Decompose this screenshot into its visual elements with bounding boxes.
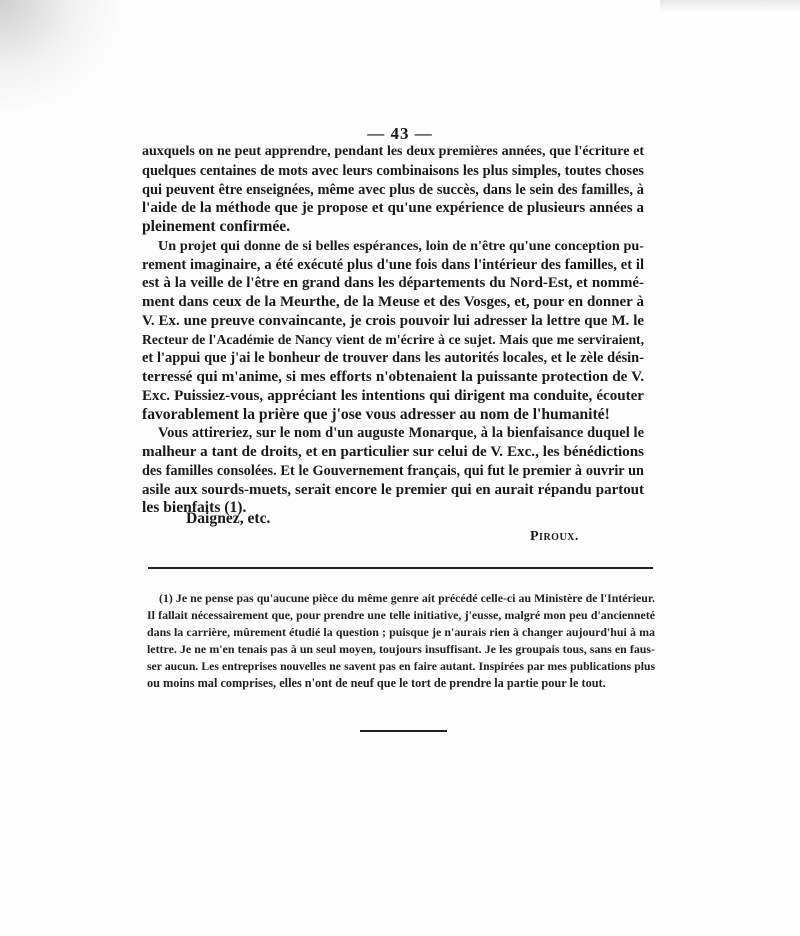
footnote-line: ser aucun. Les entreprises nouvelles ne … bbox=[147, 658, 655, 675]
body-line: Recteur de l'Académie de Nancy vient de … bbox=[142, 331, 644, 350]
footnote-line: dans la carrière, mûrement étudié la que… bbox=[147, 624, 655, 641]
body-line: V. Ex. une preuve convaincante, je crois… bbox=[142, 312, 644, 331]
page-number: — 43 — bbox=[330, 124, 470, 144]
footnote-line: Il fallait nécessairement que, pour pren… bbox=[147, 607, 655, 624]
body-line: malheur a tant de droits, et en particul… bbox=[142, 443, 644, 462]
footnote: (1) Je ne pense pas qu'aucune pièce du m… bbox=[147, 590, 655, 692]
body-line: quelques centaines de mots avec leurs co… bbox=[142, 162, 644, 181]
body-line: Vous attireriez, sur le nom d'un auguste… bbox=[142, 424, 644, 443]
body-line: des familles consolées. Et le Gouverneme… bbox=[142, 462, 644, 481]
body-line: favorablement la prière que j'ose vous a… bbox=[142, 406, 644, 425]
closing-formula: Daignez, etc. bbox=[186, 510, 270, 528]
body-line: et l'appui que j'ai le bonheur de trouve… bbox=[142, 349, 644, 368]
footnote-line: ou moins mal comprises, elles n'ont de n… bbox=[147, 675, 655, 692]
body-line: est à la veille de l'être en grand dans … bbox=[142, 274, 644, 293]
page-edge-shadow-top bbox=[660, 0, 800, 12]
body-line: terressé qui m'anime, si mes efforts n'o… bbox=[142, 368, 644, 387]
body-line: rement imaginaire, a été exécuté plus d'… bbox=[142, 256, 644, 275]
body-line: Exc. Puissiez-vous, appréciant les inten… bbox=[142, 387, 644, 406]
footnote-separator bbox=[148, 567, 653, 569]
body-line: qui peuvent être enseignées, même avec p… bbox=[142, 181, 644, 200]
page-edge-shadow bbox=[0, 0, 120, 110]
end-rule bbox=[360, 730, 447, 732]
footnote-line: (1) Je ne pense pas qu'aucune pièce du m… bbox=[147, 590, 655, 607]
body-line: Un projet qui donne de si belles espéran… bbox=[142, 237, 644, 256]
body-line: l'aide de la méthode que je propose et q… bbox=[142, 199, 644, 218]
body-line: ment dans ceux de la Meurthe, de la Meus… bbox=[142, 293, 644, 312]
signature: Piroux. bbox=[530, 529, 579, 545]
footnote-line: lettre. Je ne m'en tenais pas à un seul … bbox=[147, 641, 655, 658]
body-text: auxquels on ne peut apprendre, pendant l… bbox=[142, 143, 644, 518]
body-line: pleinement confirmée. bbox=[142, 218, 644, 237]
body-line: auxquels on ne peut apprendre, pendant l… bbox=[142, 143, 644, 162]
body-line: asile aux sourds-muets, serait encore le… bbox=[142, 481, 644, 500]
